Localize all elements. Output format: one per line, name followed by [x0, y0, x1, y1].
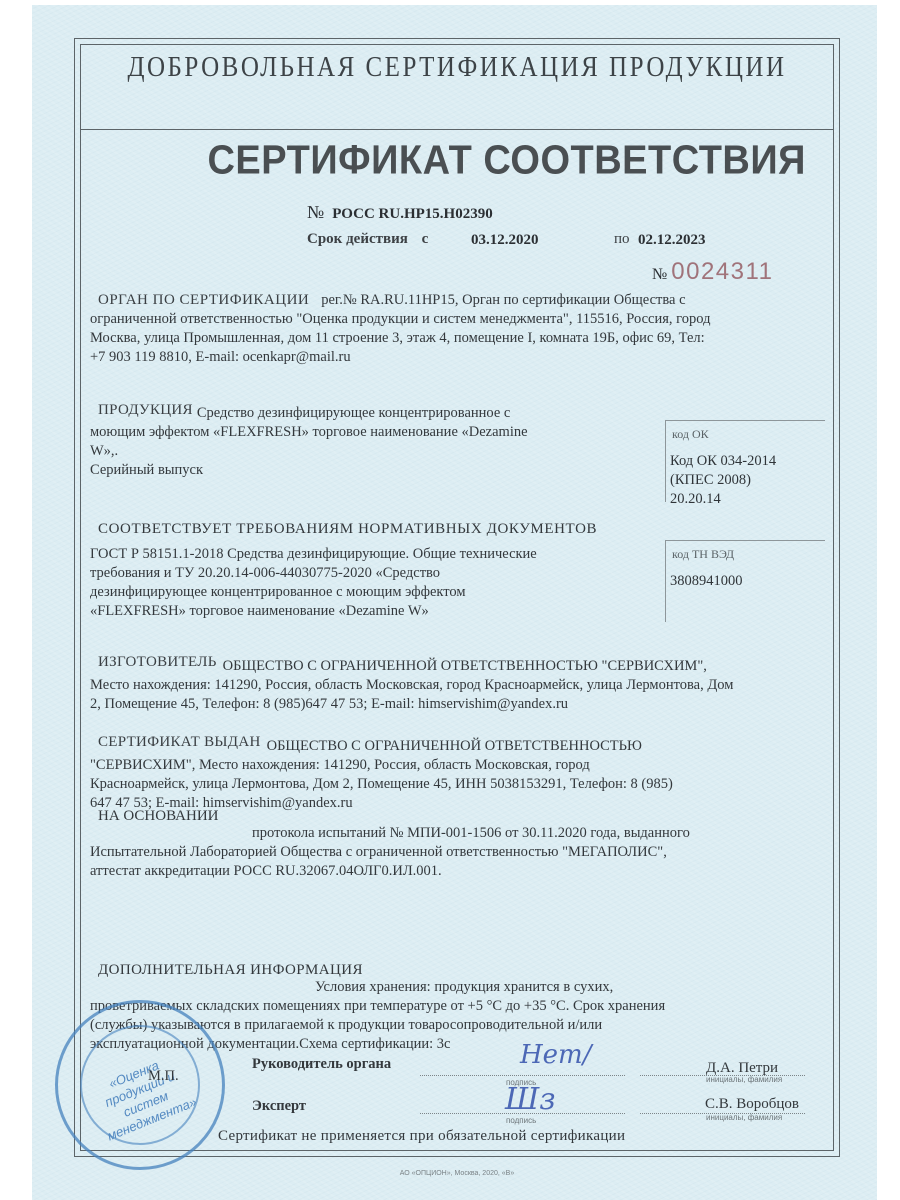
ok-code-line: (КПЕС 2008) [670, 471, 825, 490]
basis-label: НА ОСНОВАНИИ [98, 809, 802, 824]
manufacturer-line: ОБЩЕСТВО С ОГРАНИЧЕННОЙ ОТВЕТСТВЕННОСТЬЮ… [223, 658, 707, 674]
normative-documents-label: СООТВЕТСТВУЕТ ТРЕБОВАНИЯМ НОРМАТИВНЫХ ДО… [98, 520, 660, 539]
issued-to-line: ОБЩЕСТВО С ОГРАНИЧЕННОЙ ОТВЕТСТВЕННОСТЬЮ [267, 738, 642, 754]
ok-code-caption: код ОК [672, 425, 825, 444]
certificate-number: РОСС RU.НР15.Н02390 [332, 206, 493, 222]
normative-line: ГОСТ Р 58151.1-2018 Средства дезинфициру… [90, 545, 660, 564]
certification-body-line: рег.№ RA.RU.11НР15, Орган по сертификаци… [321, 292, 685, 308]
issued-to-label: СЕРТИФИКАТ ВЫДАН [98, 734, 261, 750]
product-label: ПРОДУКЦИЯ [98, 402, 193, 418]
validity-row: Срок действия с 03.12.2020 по 02.12.2023 [307, 231, 428, 248]
expert-signature-caption: подпись [506, 1116, 536, 1125]
ok-code-box: код ОК Код ОК 034-2014 (КПЕС 2008) 20.20… [665, 420, 825, 502]
product-line: Серийный выпуск [90, 461, 650, 480]
additional-info-label: ДОПОЛНИТЕЛЬНАЯ ИНФОРМАЦИЯ [98, 962, 802, 978]
product-line: W»,. [90, 442, 650, 461]
expert-name-caption: инициалы, фамилия [706, 1113, 782, 1122]
tnved-code-caption: код ТН ВЭД [672, 545, 825, 564]
certification-body-label: ОРГАН ПО СЕРТИФИКАЦИИ [98, 292, 309, 308]
valid-to-date: 02.12.2023 [638, 232, 706, 249]
issued-to-line: "СЕРВИСХИМ", Место нахождения: 141290, Р… [90, 756, 802, 775]
basis-section: НА ОСНОВАНИИ протокола испытаний № МПИ-0… [90, 809, 802, 881]
certificate-title: СЕРТИФИКАТ СООТВЕТСТВИЯ [80, 138, 834, 184]
issued-to-section: СЕРТИФИКАТ ВЫДАНОБЩЕСТВО С ОГРАНИЧЕННОЙ … [90, 733, 802, 813]
additional-info-line: Условия хранения: продукция хранится в с… [315, 978, 802, 997]
header-divider [80, 129, 834, 130]
printer-imprint: АО «ОПЦИОН», Москва, 2020, «В» [80, 1170, 834, 1177]
product-line: моющим эффектом «FLEXFRESH» торговое наи… [90, 423, 650, 442]
valid-from-date: 03.12.2020 [471, 232, 539, 249]
not-mandatory-notice: Сертификат не применяется при обязательн… [218, 1128, 625, 1145]
basis-line: протокола испытаний № МПИ-001-1506 от 30… [252, 824, 802, 843]
manufacturer-line: 2, Помещение 45, Телефон: 8 (985)647 47 … [90, 695, 802, 714]
manufacturer-label: ИЗГОТОВИТЕЛЬ [98, 654, 217, 670]
additional-info-line: проветриваемых складских помещениях при … [90, 997, 802, 1016]
normative-line: «FLEXFRESH» торговое наименование «Dezam… [90, 602, 660, 621]
manufacturer-section: ИЗГОТОВИТЕЛЬОБЩЕСТВО С ОГРАНИЧЕННОЙ ОТВЕ… [90, 653, 802, 714]
certificate-number-row: №РОСС RU.НР15.Н02390 [307, 202, 493, 223]
certification-body-line: +7 903 119 8810, E-mail: ocenkapr@mail.r… [90, 348, 802, 367]
number-sign: № [307, 202, 324, 222]
serial-digits: 0024311 [671, 258, 773, 285]
manufacturer-line: Место нахождения: 141290, Россия, област… [90, 676, 802, 695]
issued-to-line: Красноармейск, улица Лермонтова, Дом 2, … [90, 775, 802, 794]
blank-serial-number: №0024311 [652, 258, 773, 286]
product-line: Средство дезинфицирующее концентрированн… [197, 405, 511, 421]
tnved-code: 3808941000 [670, 572, 825, 591]
validity-label: Срок действия [307, 231, 408, 247]
voluntary-certification-heading: ДОБРОВОЛЬНАЯ СЕРТИФИКАЦИЯ ПРОДУКЦИИ [80, 52, 834, 84]
normative-line: дезинфицирующее концентрированное с моющ… [90, 583, 660, 602]
basis-line: Испытательной Лабораторией Общества с ог… [90, 843, 802, 862]
head-signature-line [420, 1075, 625, 1076]
expert-name: С.В. Воробцов [705, 1096, 799, 1113]
organization-seal-stamp: «Оценка продукции и систем менеджмента» [55, 1000, 225, 1170]
product-section: ПРОДУКЦИЯСредство дезинфицирующее концен… [90, 401, 650, 480]
normative-documents-section: СООТВЕТСТВУЕТ ТРЕБОВАНИЯМ НОРМАТИВНЫХ ДО… [90, 520, 660, 621]
validity-to-label: по [614, 231, 630, 248]
certification-body-line: Москва, улица Промышленная, дом 11 строе… [90, 329, 802, 348]
ok-code-line: Код ОК 034-2014 [670, 452, 825, 471]
tnved-code-box: код ТН ВЭД 3808941000 [665, 540, 825, 622]
certification-body-line: ограниченной ответственностью "Оценка пр… [90, 310, 802, 329]
head-name-caption: инициалы, фамилия [706, 1075, 782, 1084]
normative-line: требования и ТУ 20.20.14-006-44030775-20… [90, 564, 660, 583]
head-signature: Нет/ [520, 1040, 591, 1070]
certification-body-section: ОРГАН ПО СЕРТИФИКАЦИИрег.№ RA.RU.11НР15,… [90, 291, 802, 367]
serial-number-sign: № [652, 266, 667, 283]
stamp-place-label: М.П. [148, 1068, 179, 1085]
stamp-center-text: «Оценка продукции и систем менеджмента» [85, 1049, 202, 1146]
expert-signature: Шз [505, 1082, 556, 1117]
expert-label: Эксперт [252, 1098, 306, 1115]
ok-code-line: 20.20.14 [670, 490, 825, 509]
head-of-body-label: Руководитель органа [252, 1056, 391, 1073]
validity-from-label: с [422, 231, 429, 247]
basis-line: аттестат аккредитации РОСС RU.32067.04ОЛ… [90, 862, 802, 881]
